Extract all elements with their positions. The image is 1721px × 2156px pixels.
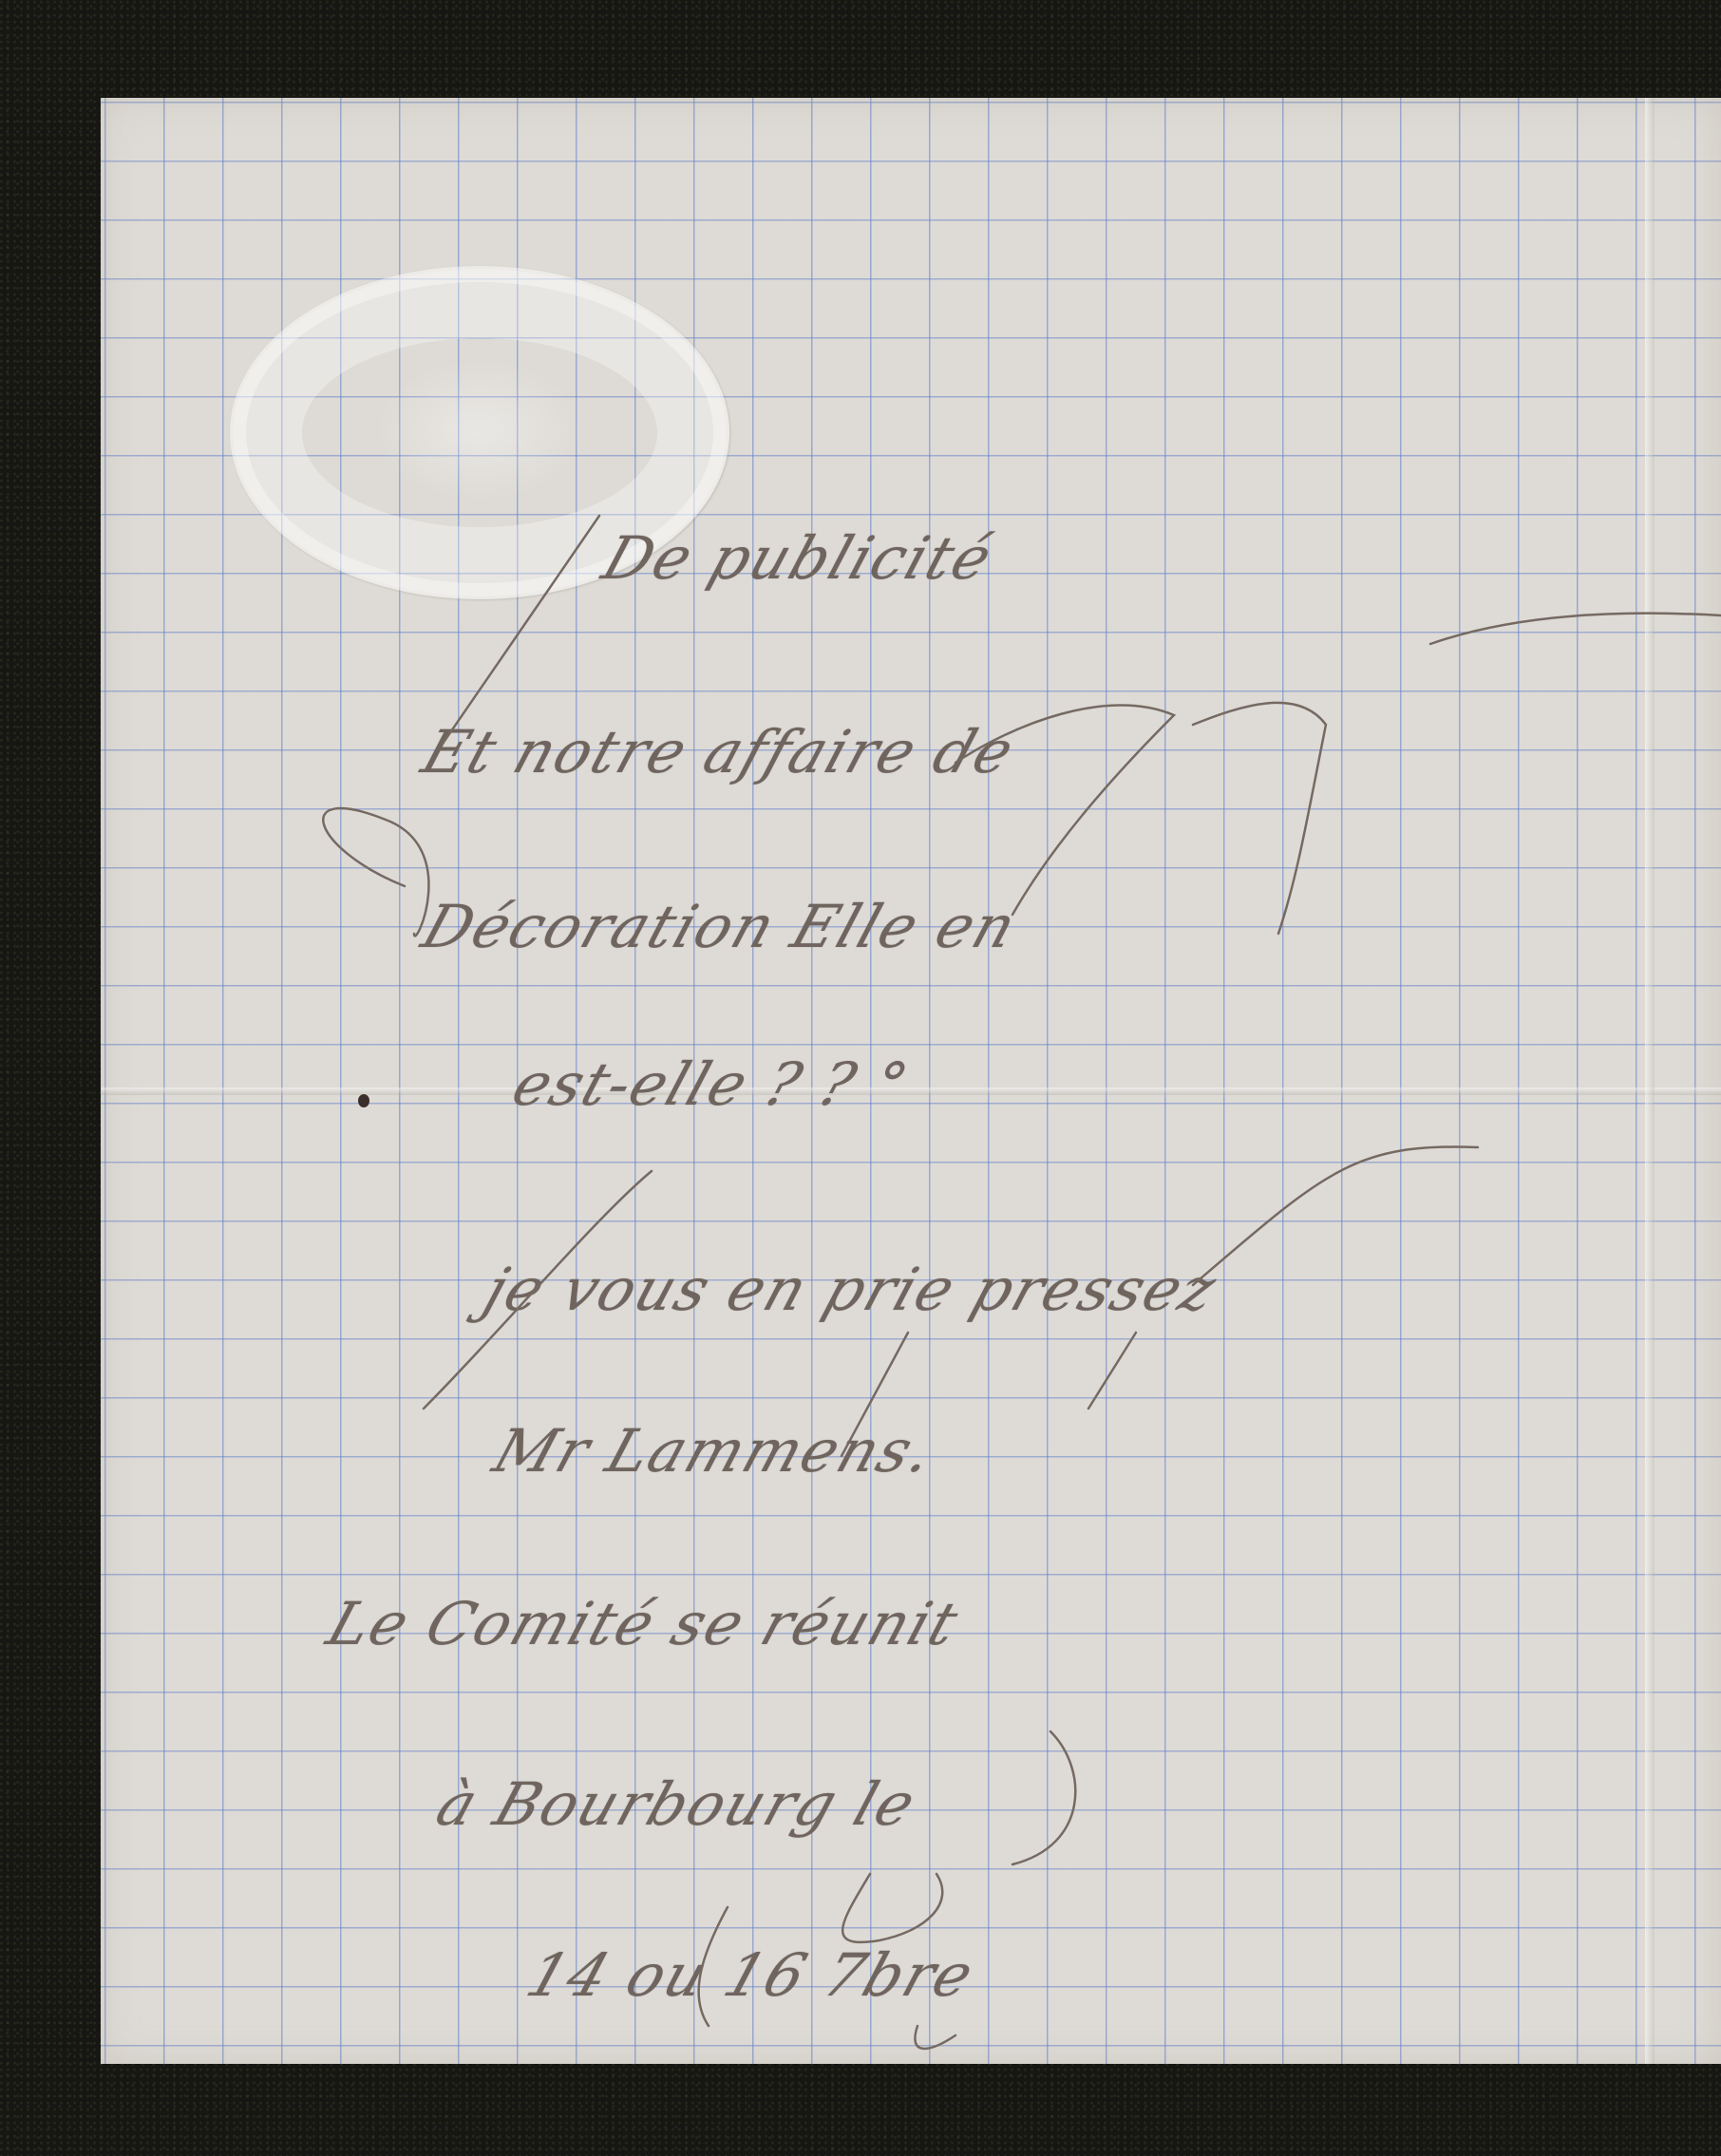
handwritten-line-9: 14 ou 16 7bre <box>519 1940 983 2010</box>
ink-spot <box>358 1094 369 1107</box>
handwritten-line-2: Et notre affaire de <box>414 717 1024 786</box>
handwritten-line-6: Mr Lammens. <box>485 1416 943 1485</box>
handwritten-line-1: De publicité <box>595 523 1002 593</box>
vertical-fold-crease <box>1645 98 1655 2064</box>
handwritten-line-3: Décoration Elle en <box>414 892 1026 961</box>
horizontal-fold-crease <box>101 1087 1721 1095</box>
seal-emblem <box>375 359 584 501</box>
handwritten-line-8: à Bourbourg le <box>428 1769 925 1839</box>
letter-page: De publicité Et notre affaire de Décorat… <box>101 98 1721 2064</box>
handwritten-line-5: je vous en prie pressez <box>476 1255 1226 1324</box>
handwritten-line-7: Le Comité se réunit <box>319 1589 968 1658</box>
handwritten-line-4: est-elle ? ? ° <box>504 1050 918 1119</box>
